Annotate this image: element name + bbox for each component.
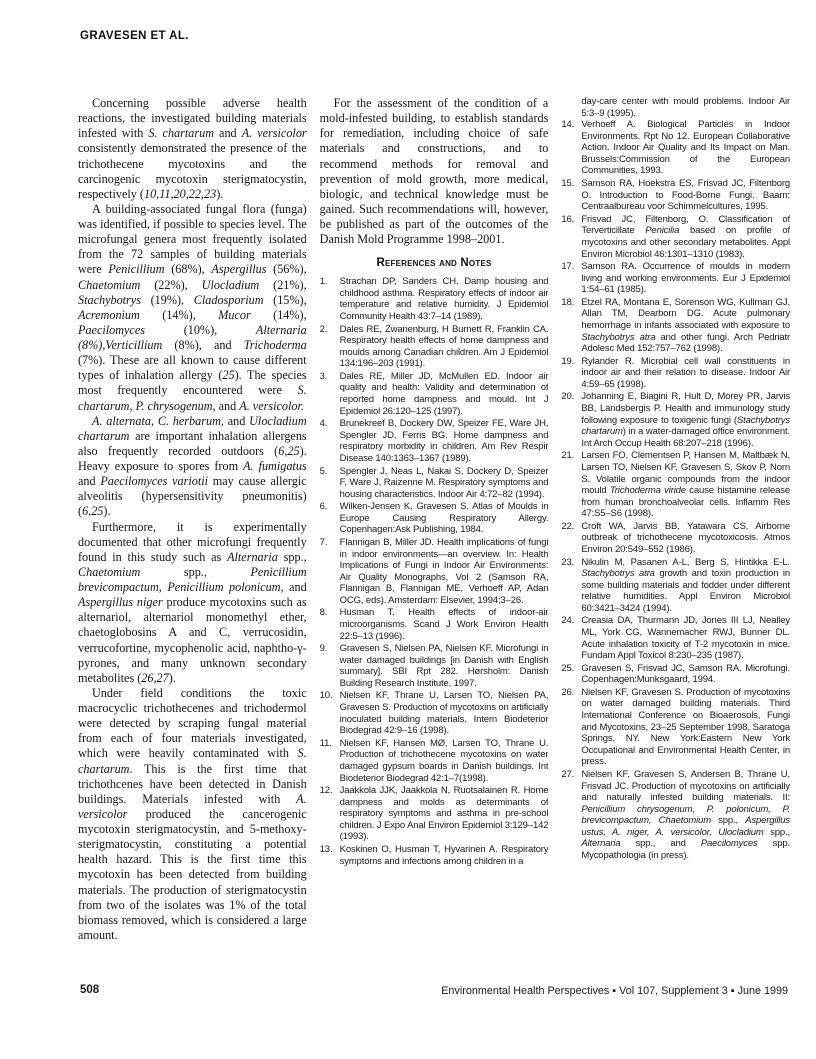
reference-text: Jaakkola JJK, Jaakkola N, Ruotsalainen R…: [340, 785, 549, 843]
reference-item: 14.Verhoeff A. Biological Particles in I…: [561, 119, 790, 177]
reference-item: 8.Husman T. Health effects of indoor-air…: [320, 607, 549, 642]
reference-number: 2.: [320, 324, 340, 370]
reference-text: Nielsen KF, Thrane U, Larsen TO, Nielsen…: [340, 690, 549, 736]
journal-page: GRAVESEN ET AL. Concerning possible adve…: [0, 0, 816, 1059]
reference-item: 9.Gravesen S, Nielsen PA, Nielsen KF. Mi…: [320, 643, 549, 689]
reference-text: Verhoeff A. Biological Particles in Indo…: [581, 119, 790, 177]
reference-text: Croft WA, Jarvis BB, Yatawara CS. Airbor…: [581, 521, 790, 556]
reference-number: 5.: [320, 466, 340, 501]
reference-number: 16.: [561, 214, 581, 260]
reference-text: Gravesen S, Frisvad JC, Samson RA. Micro…: [581, 663, 790, 686]
reference-item: 13.Koskinen O, Husman T, Hyvarinen A. Re…: [320, 844, 549, 867]
reference-number: 12.: [320, 785, 340, 843]
body-paragraph: A. alternata, C. herbarum, and Ulocladiu…: [78, 414, 307, 520]
reference-text: Dales RE, Miller JD, McMullen ED. Indoor…: [340, 371, 549, 417]
reference-number: 21.: [561, 450, 581, 519]
body-paragraph: Furthermore, it is experimentally docume…: [78, 520, 307, 686]
reference-item: 21.Larsen FO, Clementsen P, Hansen M, Ma…: [561, 450, 790, 519]
body-paragraph: Concerning possible adverse health react…: [78, 96, 307, 202]
page-number: 508: [80, 984, 99, 996]
reference-item: 10.Nielsen KF, Thrane U, Larsen TO, Niel…: [320, 690, 549, 736]
reference-number: 7.: [320, 537, 340, 606]
reference-item: 15.Samson RA, Hoekstra ES, Frisvad JC, F…: [561, 178, 790, 213]
reference-item: 2.Dales RE, Zwanenburg, H Burnett R, Fra…: [320, 324, 549, 370]
reference-item: 22.Croft WA, Jarvis BB, Yatawara CS. Air…: [561, 521, 790, 556]
reference-text: Dales RE, Zwanenburg, H Burnett R, Frank…: [340, 324, 549, 370]
reference-number: 19.: [561, 356, 581, 391]
reference-number: 13.: [320, 844, 340, 867]
reference-text: Samson RA, Hoekstra ES, Frisvad JC, Filt…: [581, 178, 790, 213]
reference-number: 14.: [561, 119, 581, 177]
reference-number: 11.: [320, 738, 340, 784]
reference-item: 12.Jaakkola JJK, Jaakkola N, Ruotsalaine…: [320, 785, 549, 843]
reference-number: 22.: [561, 521, 581, 556]
reference-number: 25.: [561, 663, 581, 686]
column-middle: For the assessment of the condition of a…: [320, 96, 549, 984]
reference-continuation: day-care center with mould problems. Ind…: [581, 96, 790, 119]
reference-number: 15.: [561, 178, 581, 213]
column-left: Concerning possible adverse health react…: [78, 96, 307, 984]
reference-item: 4.Brunekreef B, Dockery DW, Speizer FE, …: [320, 418, 549, 464]
reference-number: 27.: [561, 769, 581, 862]
reference-text: Spengler J, Neas L, Nakai S, Dockery D, …: [340, 466, 549, 501]
reference-number: 4.: [320, 418, 340, 464]
reference-text: Frisvad JC, Filtenborg, O. Classificatio…: [581, 214, 790, 260]
reference-text: Husman T. Health effects of indoor-air m…: [340, 607, 549, 642]
references-heading: References and Notes: [320, 257, 549, 269]
page-content: Concerning possible adverse health react…: [78, 96, 790, 984]
references-list: 1.Strachan DP, Sanders CH. Damp housing …: [320, 276, 549, 867]
reference-item: 19.Rylander R. Microbial cell wall const…: [561, 356, 790, 391]
reference-number: 9.: [320, 643, 340, 689]
reference-text: Gravesen S, Nielsen PA, Nielsen KF. Micr…: [340, 643, 549, 689]
reference-item: 25.Gravesen S, Frisvad JC, Samson RA. Mi…: [561, 663, 790, 686]
reference-item: 17.Samson RA. Occurrence of moulds in mo…: [561, 261, 790, 296]
reference-text: Strachan DP, Sanders CH. Damp housing an…: [340, 276, 549, 322]
reference-number: 24.: [561, 615, 581, 661]
reference-text: Wilken-Jensen K, Gravesen S. Atlas of Mo…: [340, 501, 549, 536]
reference-number: 20.: [561, 391, 581, 449]
reference-number: 17.: [561, 261, 581, 296]
reference-item: 6.Wilken-Jensen K, Gravesen S. Atlas of …: [320, 501, 549, 536]
reference-number: 3.: [320, 371, 340, 417]
reference-number: 23.: [561, 557, 581, 615]
body-paragraph: A building-associated fungal flora (fung…: [78, 202, 307, 414]
reference-text: Nikulin M, Pasanen A-L, Berg S, Hintikka…: [581, 557, 790, 615]
reference-item: 3.Dales RE, Miller JD, McMullen ED. Indo…: [320, 371, 549, 417]
reference-text: Etzel RA, Montana E, Sorenson WG, Kullma…: [581, 297, 790, 355]
reference-item: 18.Etzel RA, Montana E, Sorenson WG, Kul…: [561, 297, 790, 355]
reference-text: Rylander R. Microbial cell wall constitu…: [581, 356, 790, 391]
running-head: GRAVESEN ET AL.: [80, 30, 189, 42]
reference-text: Samson RA. Occurrence of moulds in moder…: [581, 261, 790, 296]
reference-text: Creasia DA, Thurmann JD, Jones III LJ, N…: [581, 615, 790, 661]
column-right: day-care center with mould problems. Ind…: [561, 96, 790, 984]
body-paragraph: Under field conditions the toxic macrocy…: [78, 686, 307, 943]
reference-item: 26.Nielsen KF, Gravesen S. Production of…: [561, 687, 790, 768]
reference-item: 7.Flannigan B, Miller JD. Health implica…: [320, 537, 549, 606]
reference-text: Larsen FO, Clementsen P, Hansen M, Maltb…: [581, 450, 790, 519]
reference-number: 6.: [320, 501, 340, 536]
reference-item: 11.Nielsen KF, Hansen MØ, Larsen TO, Thr…: [320, 738, 549, 784]
reference-item: 16.Frisvad JC, Filtenborg, O. Classifica…: [561, 214, 790, 260]
reference-item: 20.Johanning E, Biagini R, Hult D, Morey…: [561, 391, 790, 449]
reference-text: Koskinen O, Husman T, Hyvarinen A. Respi…: [340, 844, 549, 867]
reference-text: Johanning E, Biagini R, Hult D, Morey PR…: [581, 391, 790, 449]
reference-item: 5.Spengler J, Neas L, Nakai S, Dockery D…: [320, 466, 549, 501]
reference-item: 23.Nikulin M, Pasanen A-L, Berg S, Hinti…: [561, 557, 790, 615]
reference-number: 26.: [561, 687, 581, 768]
reference-number: 8.: [320, 607, 340, 642]
reference-item: 1.Strachan DP, Sanders CH. Damp housing …: [320, 276, 549, 322]
reference-number: 18.: [561, 297, 581, 355]
reference-text: Brunekreef B, Dockery DW, Speizer FE, Wa…: [340, 418, 549, 464]
reference-number: 1.: [320, 276, 340, 322]
references-list-continued: 14.Verhoeff A. Biological Particles in I…: [561, 119, 790, 861]
reference-number: 10.: [320, 690, 340, 736]
reference-text: Nielsen KF, Gravesen S. Production of my…: [581, 687, 790, 768]
reference-item: 27.Nielsen KF, Gravesen S, Andersen B, T…: [561, 769, 790, 862]
reference-text: Nielsen KF, Hansen MØ, Larsen TO, Thrane…: [340, 738, 549, 784]
journal-footer: Environmental Health Perspectives ▪ Vol …: [441, 985, 788, 997]
reference-item: 24.Creasia DA, Thurmann JD, Jones III LJ…: [561, 615, 790, 661]
references-continuation-block: day-care center with mould problems. Ind…: [561, 96, 790, 119]
body-paragraph: For the assessment of the condition of a…: [320, 96, 549, 247]
reference-text: Flannigan B, Miller JD. Health implicati…: [340, 537, 549, 606]
reference-text: Nielsen KF, Gravesen S, Andersen B, Thra…: [581, 769, 790, 862]
